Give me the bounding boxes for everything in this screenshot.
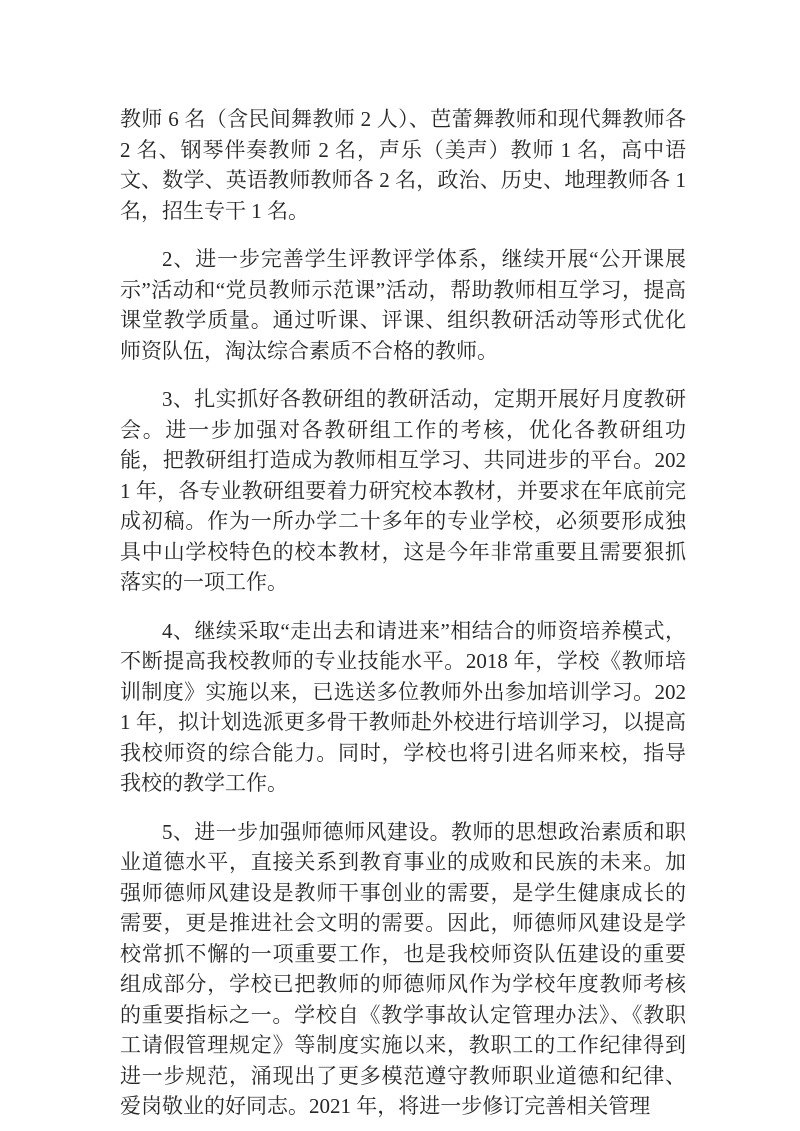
paragraph-continuation: 教师 6 名（含民间舞教师 2 人）、芭蕾舞教师和现代舞教师各 2 名、钢琴伴奏… [120, 104, 686, 226]
paragraph-item-5: 5、进一步加强师德师风建设。教师的思想政治素质和职业道德水平，直接关系到教育事业… [120, 817, 686, 1122]
paragraph-item-4: 4、继续采取“走出去和请进来”相结合的师资培养模式，不断提高我校教师的专业技能水… [120, 616, 686, 799]
paragraph-item-2: 2、进一步完善学生评教评学体系，继续开展“公开课展示”活动和“党员教师示范课”活… [120, 244, 686, 366]
document-page: 教师 6 名（含民间舞教师 2 人）、芭蕾舞教师和现代舞教师各 2 名、钢琴伴奏… [0, 0, 800, 1131]
paragraph-item-3: 3、扎实抓好各教研组的教研活动，定期开展好月度教研会。进一步加强对各教研组工作的… [120, 384, 686, 598]
